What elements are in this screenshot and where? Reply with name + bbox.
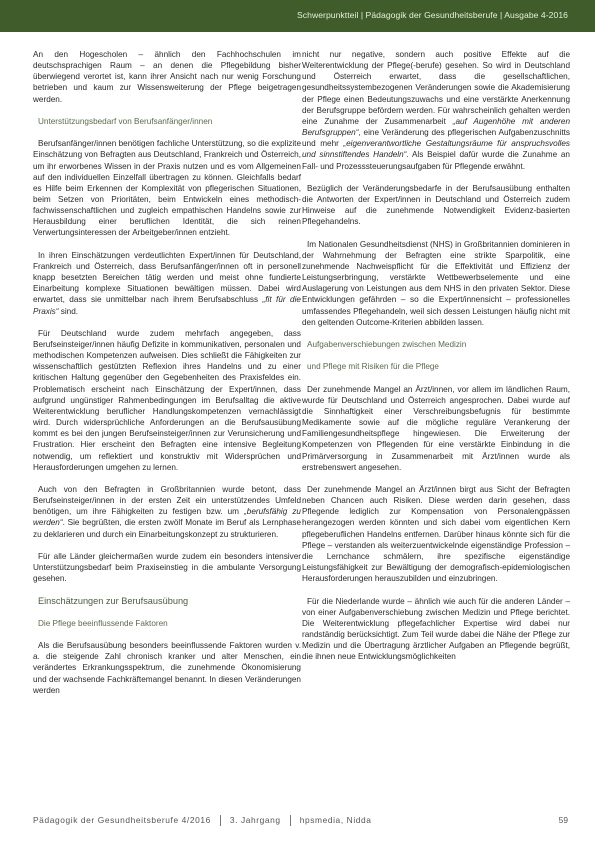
right-column: nicht nur negative, sondern auch positiv… [302,49,570,662]
subheading: und Pflege mit Risiken für die Pflege [302,361,570,372]
subheading: Unterstützungsbedarf von Berufsanfänger/… [33,116,301,127]
subheading: Die Pflege beeinflussende Faktoren [33,618,301,629]
paragraph: Für die Niederlande wurde – ähnlich wie … [302,596,570,663]
paragraph: Der zunehmende Mangel an Ärzt/innen, vor… [302,384,570,473]
paragraph: Auch von den Befragten in Großbritannien… [33,484,301,540]
paragraph: nicht nur negative, sondern auch positiv… [302,49,570,172]
page-number: 59 [559,815,568,825]
divider [290,815,291,826]
paragraph: Berufsanfänger/innen benötigen fachliche… [33,138,301,238]
running-head: Schwerpunktteil | Pädagogik der Gesundhe… [297,10,568,20]
journal-name: Pädagogik der Gesundheitsberufe 4/2016 [33,815,211,825]
paragraph: An den Hogescholen – ähnlich den Fachhoc… [33,49,301,105]
paragraph: Der zunehmende Mangel an Ärzt/innen birg… [302,484,570,584]
left-column: An den Hogescholen – ähnlich den Fachhoc… [33,49,301,696]
publisher: hpsmedia, Nidda [300,815,372,825]
section-heading: Einschätzungen zur Berufsausübung [33,596,301,607]
paragraph: Als die Berufsausübung besonders beeinfl… [33,640,301,696]
volume: 3. Jahrgang [230,815,281,825]
header-bar: Schwerpunktteil | Pädagogik der Gesundhe… [0,0,595,32]
paragraph: Für Deutschland wurde zudem mehrfach ang… [33,328,301,473]
paragraph: Bezüglich der Veränderungsbedarfe in der… [302,183,570,228]
paragraph: In ihren Einschätzungen verdeutlichten E… [33,250,301,317]
subheading: Aufgabenverschiebungen zwischen Medizin [302,339,570,350]
page-footer: Pädagogik der Gesundheitsberufe 4/20163.… [33,815,568,829]
paragraph: Für alle Länder gleichermaßen wurde zude… [33,551,301,584]
divider [220,815,221,826]
paragraph: Im Nationalen Gesundheitsdienst (NHS) in… [302,239,570,328]
